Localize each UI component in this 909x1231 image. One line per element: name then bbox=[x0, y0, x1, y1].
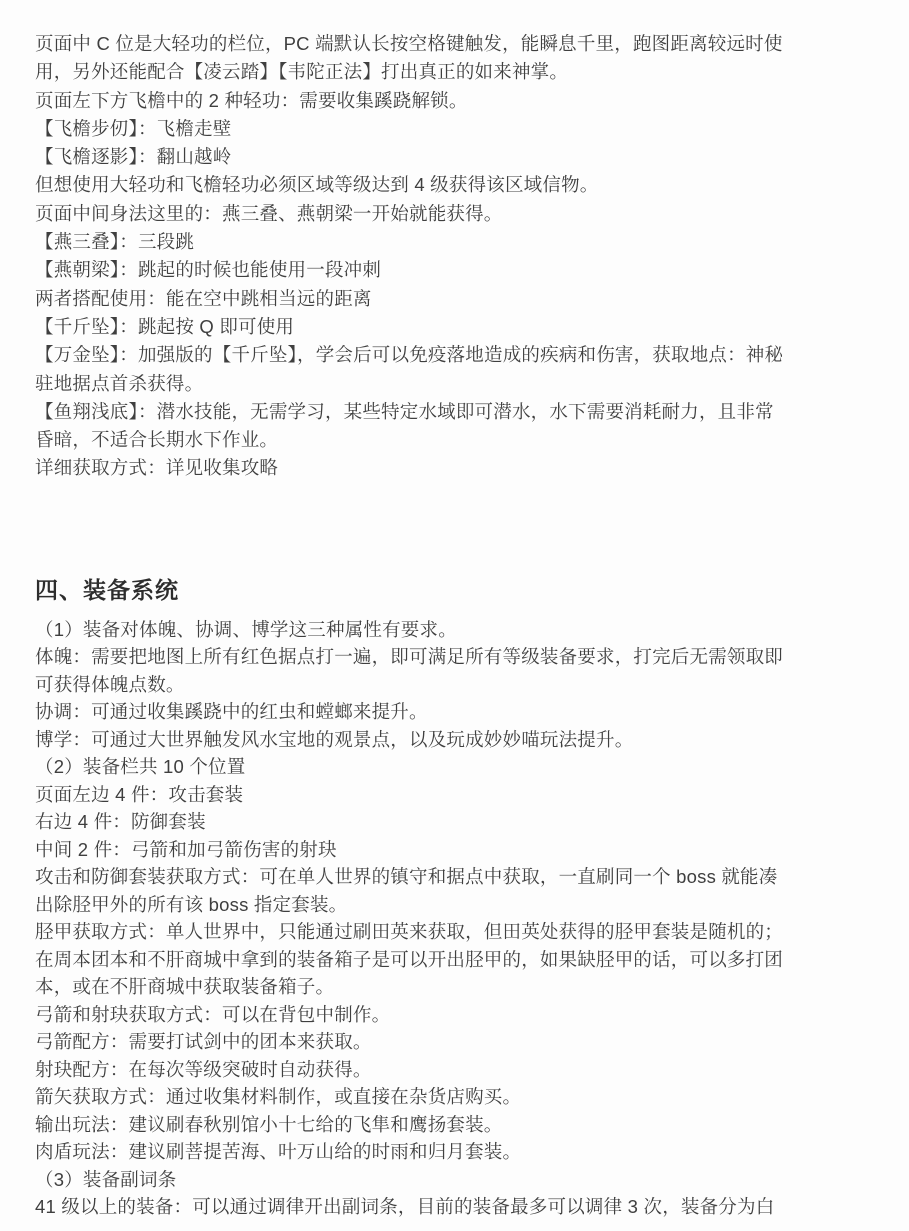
lightness-skills-paragraphs: 页面中 C 位是大轻功的栏位，PC 端默认长按空格键触发，能瞬息千里，跑图距离较… bbox=[35, 30, 891, 483]
text-line: 页面中间身法这里的：燕三叠、燕朝梁一开始就能获得。 bbox=[35, 200, 891, 228]
text-line: 【燕三叠】：三段跳 bbox=[35, 228, 891, 256]
text-line: 射玦配方：在每次等级突破时自动获得。 bbox=[35, 1056, 891, 1084]
text-line: 输出玩法：建议刷春秋别馆小十七给的飞隼和鹰扬套装。 bbox=[35, 1111, 891, 1139]
text-line: 在周本团本和不肝商城中拿到的装备箱子是可以开出胫甲的，如果缺胫甲的话，可以多打团 bbox=[35, 946, 891, 974]
text-line: 41 级以上的装备：可以通过调律开出副词条，目前的装备最多可以调律 3 次，装备… bbox=[35, 1193, 891, 1221]
text-line: 详细获取方式：详见收集攻略 bbox=[35, 454, 891, 482]
text-line: 体魄：需要把地图上所有红色据点打一遍，即可满足所有等级装备要求，打完后无需领取即 bbox=[35, 643, 891, 671]
text-line: 胫甲获取方式：单人世界中，只能通过刷田英来获取，但田英处获得的胫甲套装是随机的； bbox=[35, 918, 891, 946]
text-line: 页面中 C 位是大轻功的栏位，PC 端默认长按空格键触发，能瞬息千里，跑图距离较… bbox=[35, 30, 891, 58]
text-line: （3）装备副词条 bbox=[35, 1166, 891, 1194]
text-line: 可获得体魄点数。 bbox=[35, 671, 891, 699]
text-line: 箭矢获取方式：通过收集材料制作，或直接在杂货店购买。 bbox=[35, 1083, 891, 1111]
text-line: 页面左下方飞檐中的 2 种轻功：需要收集蹊跷解锁。 bbox=[35, 87, 891, 115]
text-line: 【万金坠】：加强版的【千斤坠】，学会后可以免疫落地造成的疾病和伤害，获取地点：神… bbox=[35, 341, 891, 369]
text-line: 【飞檐步仞】：飞檐走壁 bbox=[35, 115, 891, 143]
text-line: 页面左边 4 件：攻击套装 bbox=[35, 781, 891, 809]
text-line: 【飞檐逐影】：翻山越岭 bbox=[35, 143, 891, 171]
text-line: 博学：可通过大世界触发风水宝地的观景点，以及玩成妙妙喵玩法提升。 bbox=[35, 726, 891, 754]
text-line: 【鱼翔浅底】：潜水技能，无需学习，某些特定水域即可潜水，水下需要消耗耐力，且非常 bbox=[35, 398, 891, 426]
text-line: 本，或在不肝商城中获取装备箱子。 bbox=[35, 973, 891, 1001]
section-heading-equipment-system: 四、装备系统 bbox=[35, 573, 891, 607]
equipment-system-paragraphs: （1）装备对体魄、协调、博学这三种属性有要求。 体魄：需要把地图上所有红色据点打… bbox=[35, 616, 891, 1221]
text-line: 攻击和防御套装获取方式：可在单人世界的镇守和据点中获取，一直刷同一个 boss … bbox=[35, 863, 891, 891]
text-line: （2）装备栏共 10 个位置 bbox=[35, 753, 891, 781]
text-line: 出除胫甲外的所有该 boss 指定套装。 bbox=[35, 891, 891, 919]
text-line: 但想使用大轻功和飞檐轻功必须区域等级达到 4 级获得该区域信物。 bbox=[35, 171, 891, 199]
text-line: 驻地据点首杀获得。 bbox=[35, 370, 891, 398]
text-line: 弓箭配方：需要打试剑中的团本来获取。 bbox=[35, 1028, 891, 1056]
text-line: 协调：可通过收集蹊跷中的红虫和螳螂来提升。 bbox=[35, 698, 891, 726]
text-line: 【燕朝梁】：跳起的时候也能使用一段冲刺 bbox=[35, 256, 891, 284]
text-line: （1）装备对体魄、协调、博学这三种属性有要求。 bbox=[35, 616, 891, 644]
document-page: 页面中 C 位是大轻功的栏位，PC 端默认长按空格键触发，能瞬息千里，跑图距离较… bbox=[0, 0, 909, 1231]
text-line: 【千斤坠】：跳起按 Q 即可使用 bbox=[35, 313, 891, 341]
text-line: 右边 4 件：防御套装 bbox=[35, 808, 891, 836]
text-line: 两者搭配使用：能在空中跳相当远的距离 bbox=[35, 285, 891, 313]
text-line: 昏暗，不适合长期水下作业。 bbox=[35, 426, 891, 454]
text-line: 肉盾玩法：建议刷菩提苦海、叶万山给的时雨和归月套装。 bbox=[35, 1138, 891, 1166]
text-line: 中间 2 件：弓箭和加弓箭伤害的射玦 bbox=[35, 836, 891, 864]
text-line: 用，另外还能配合【凌云踏】【韦陀正法】打出真正的如来神掌。 bbox=[35, 58, 891, 86]
text-line: 弓箭和射玦获取方式：可以在背包中制作。 bbox=[35, 1001, 891, 1029]
